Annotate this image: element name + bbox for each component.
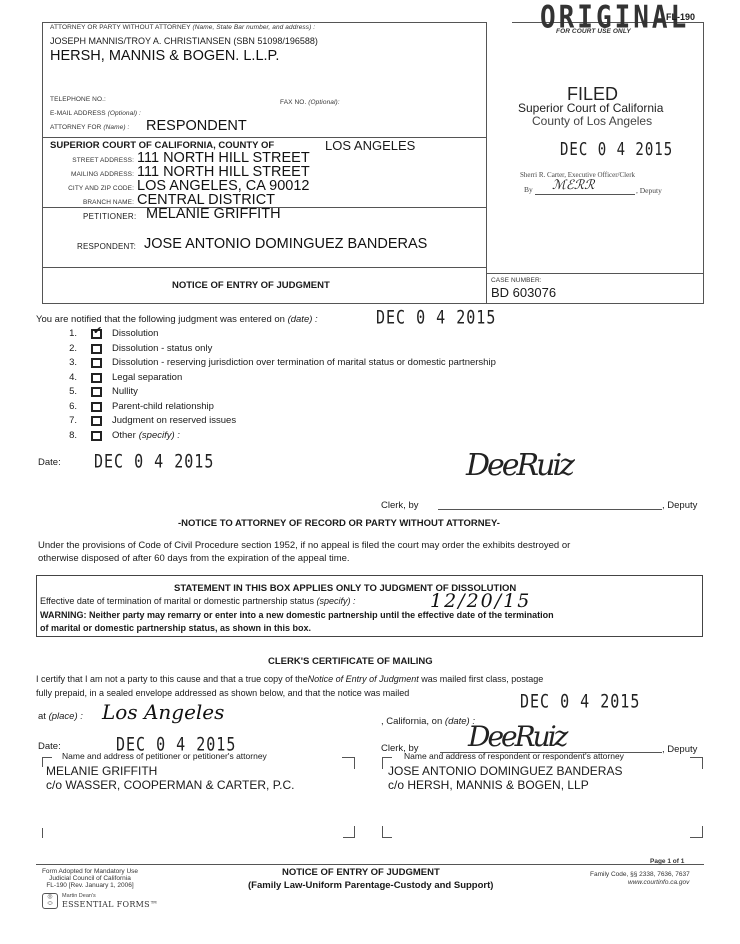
petitioner-address-line1: MELANIE GRIFFITH [46,764,157,778]
judgment-option-checkbox[interactable] [91,431,102,441]
respondent-value: JOSE ANTONIO DOMINGUEZ BANDERAS [144,236,427,252]
judgment-option-number: 6. [65,401,77,412]
case-number-value: BD 603076 [491,285,556,300]
attorney-firm: HERSH, MANNIS & BOGEN. L.L.P. [50,48,279,64]
judgment-intro: You are notified that the following judg… [36,314,318,325]
judgment-option-checkbox[interactable] [91,402,102,412]
respondent-label: RESPONDENT: [77,242,136,251]
dissolution-warning-line1: WARNING: Neither party may remarry or en… [40,610,554,620]
mailing-heading: CLERK'S CERTIFICATE OF MAILING [268,656,433,667]
judgment-clerk-signature-line [438,509,662,510]
footer-adopted-line2: Judicial Council of California [40,875,140,882]
filed-stamp-by: By [524,185,533,194]
attorney-for-value: RESPONDENT [146,118,247,134]
notice-heading: -NOTICE TO ATTORNEY OF RECORD OR PARTY W… [178,518,500,529]
filed-stamp-date: DEC 0 4 2015 [560,140,673,160]
judgment-option-checkbox[interactable] [91,416,102,426]
footer-website: www.courtinfo.ca.gov [628,879,689,886]
judgment-clerk-by: Clerk, by [381,500,418,511]
judgment-option-label: Dissolution [112,328,158,339]
court-county: LOS ANGELES [325,138,415,153]
header-left-border-lower [42,164,43,304]
filed-stamp-signature: ℳℰℛℛ [552,178,595,193]
mailing-text-line1: I certify that I am not a party to this … [36,674,543,684]
judgment-option-number: 3. [65,357,77,368]
judgment-option-number: 2. [65,343,77,354]
judgment-option-number: 1. [65,328,77,339]
city-label: CITY AND ZIP CODE: [56,185,134,192]
court-box-top-border [42,137,486,138]
footer-title-line2: (Family Law-Uniform Parentage-Custody an… [248,880,493,891]
judgment-date-label: Date: [38,457,61,468]
mailing-place-value: Los Angeles [102,700,224,724]
judgment-option-number: 5. [65,386,77,397]
judgment-option-label: Nullity [112,386,138,397]
judgment-option-label: Judgment on reserved issues [112,415,236,426]
form-number: FL-190 [666,12,695,22]
footer-publisher-small: Martin Dean's [62,893,96,899]
email-label: E-MAIL ADDRESS (Optional) : [50,110,141,117]
attorney-names: JOSEPH MANNIS/TROY A. CHRISTIANSEN (SBN … [50,36,318,46]
footer-adopted-line1: Form Adopted for Mandatory Use [40,868,140,875]
judgment-option-checkbox[interactable] [91,344,102,354]
judgment-entered-date: DEC 0 4 2015 [376,306,496,329]
for-court-use-only-label: FOR COURT USE ONLY [556,28,631,35]
mailing-california-on: , California, on (date) : [381,716,475,727]
judgment-option-number: 4. [65,372,77,383]
filed-stamp-deputy: , Deputy [636,186,662,195]
judgment-option-checkbox[interactable] [91,358,102,368]
mailing-text-line2: fully prepaid, in a sealed envelope addr… [36,688,409,698]
judgment-deputy: , Deputy [662,500,697,511]
footer-publisher: ESSENTIAL FORMS™ [62,900,158,909]
court-use-right-border [703,22,704,304]
mailing-label: MAILING ADDRESS: [60,171,134,178]
fax-label: FAX NO. (Optional): [280,99,340,106]
respondent-address-line2: c/o HERSH, MANNIS & BOGEN, LLP [388,778,589,792]
title-box-bottom-border [42,303,704,304]
attorney-label: ATTORNEY OR PARTY WITHOUT ATTORNEY (Name… [50,24,315,31]
notice-text-line1: Under the provisions of Code of Civil Pr… [38,540,570,551]
judgment-option-label: Legal separation [112,372,182,383]
petitioner-address-line2: c/o WASSER, COOPERMAN & CARTER, P.C. [46,778,295,792]
branch-label: BRANCH NAME: [70,199,134,206]
case-number-label: CASE NUMBER: [491,277,542,284]
effective-date-value: 12/20/15 [430,590,531,612]
footer-family-code: Family Code, §§ 2338, 7636, 7637 [590,871,690,878]
effective-date-label: Effective date of termination of marital… [40,596,356,606]
attorney-for-label: ATTORNEY FOR (Name) : [50,124,129,131]
mailing-deputy: , Deputy [662,744,697,755]
judgment-option-checkbox[interactable]: ✔ [91,329,102,339]
essential-forms-logo-icon: ◎⬭ [42,893,58,909]
telephone-label: TELEPHONE NO.: [50,96,106,103]
judgment-option-checkbox[interactable] [91,373,102,383]
mailing-clerk-signature: DeeRuiz [468,720,565,753]
title-box-top-border [42,267,486,268]
mailing-place-label: at (place) : [38,711,83,722]
header-divider-vertical [486,22,487,304]
judgment-option-label: Parent-child relationship [112,401,214,412]
judgment-option-number: 8. [65,430,77,441]
checkmark-icon: ✔ [93,326,102,337]
footer-adopted-line3: FL-190 [Rev. January 1, 2006] [40,882,140,889]
judgment-option-checkbox[interactable] [91,387,102,397]
judgment-option-label: Dissolution - reserving jurisdiction ove… [112,357,496,368]
footer-rule [36,864,704,865]
judgment-date-value: DEC 0 4 2015 [94,450,214,473]
case-number-top-border [486,273,704,274]
judgment-clerk-signature: DeeRuiz [466,448,572,483]
mailing-mailed-date: DEC 0 4 2015 [520,690,640,713]
petitioner-value: MELANIE GRIFFITH [146,206,281,222]
footer-title-line1: NOTICE OF ENTRY OF JUDGMENT [282,867,440,878]
footer-page-number: Page 1 of 1 [650,858,684,865]
judgment-option-label: Dissolution - status only [112,343,212,354]
header-top-border [42,22,487,23]
filed-stamp-signature-line [535,194,635,195]
petitioner-label: PETITIONER: [83,212,137,221]
judgment-option-number: 7. [65,415,77,426]
dissolution-warning-line2: of marital or domestic partnership statu… [40,623,311,633]
street-label: STREET ADDRESS: [68,157,134,164]
judgment-option-label: Other(specify) : [112,430,180,441]
mailing-date-label: Date: [38,741,61,752]
filed-stamp-court: Superior Court of California [518,101,663,115]
header-left-border [42,22,43,164]
respondent-address-caption: Name and address of respondent or respon… [404,751,624,761]
petitioner-address-caption: Name and address of petitioner or petiti… [62,751,267,761]
respondent-address-line1: JOSE ANTONIO DOMINGUEZ BANDERAS [388,764,622,778]
filed-stamp-county: County of Los Angeles [532,114,652,128]
notice-text-line2: otherwise disposed of after 60 days from… [38,553,350,564]
notice-title: NOTICE OF ENTRY OF JUDGMENT [172,280,330,291]
